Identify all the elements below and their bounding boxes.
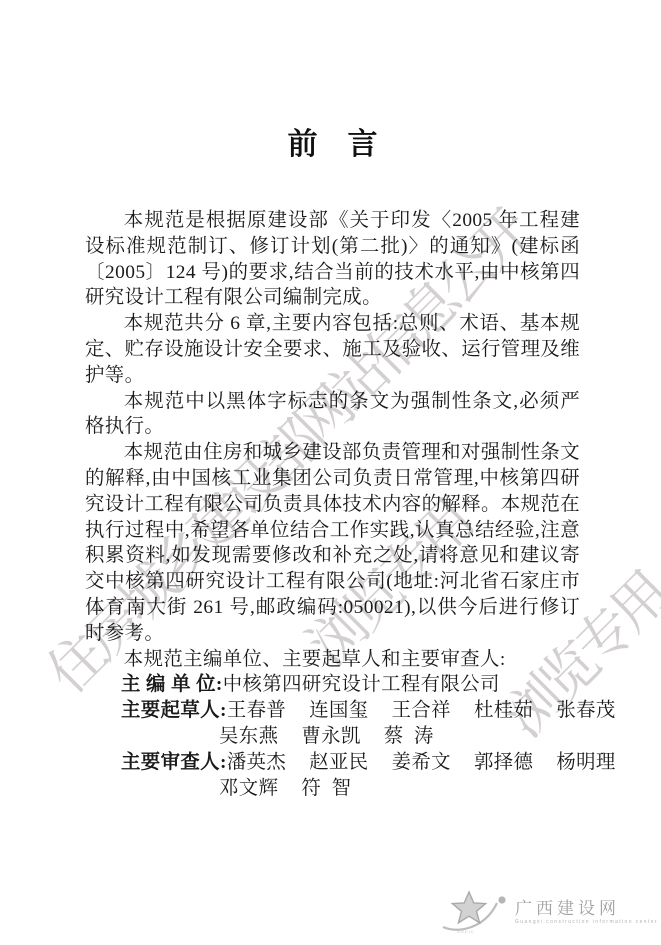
chief-editor-value: 中核第四研究设计工程有限公司 bbox=[223, 672, 500, 698]
reviewer-name: 符 智 bbox=[301, 776, 351, 802]
drafters-row-1: 主要起草人: 王春普 连国玺 王合祥 杜桂茹 张春茂 bbox=[85, 698, 580, 724]
drafter-names: 王春普 连国玺 王合祥 杜桂茹 张春茂 bbox=[227, 698, 616, 724]
credits-section: 主 编 单 位: 中核第四研究设计工程有限公司 主要起草人: 王春普 连国玺 王… bbox=[85, 672, 580, 801]
chief-editor-label: 主 编 单 位: bbox=[121, 672, 223, 698]
reviewer-names: 邓文辉 符 智 bbox=[219, 776, 351, 802]
reviewer-name: 赵亚民 bbox=[309, 750, 368, 776]
drafters-row-2: 吴东燕 曹永凯 蔡 涛 bbox=[85, 724, 580, 750]
label-spacer bbox=[121, 776, 219, 802]
reviewers-label: 主要审查人: bbox=[121, 750, 227, 776]
star-icon: GXCIC bbox=[437, 887, 513, 943]
logo-dot bbox=[498, 896, 505, 903]
label-spacer bbox=[121, 724, 219, 750]
drafter-name: 王合祥 bbox=[392, 698, 451, 724]
drafters-label: 主要起草人: bbox=[121, 698, 227, 724]
drafter-names: 吴东燕 曹永凯 蔡 涛 bbox=[219, 724, 434, 750]
logo-text-block: 广西建设网 Guangxi construction information c… bbox=[515, 887, 658, 925]
reviewer-name: 杨明理 bbox=[556, 750, 615, 776]
logo-tagline: Guangxi construction information center bbox=[515, 919, 658, 925]
reviewer-name: 潘英杰 bbox=[227, 750, 286, 776]
page-title: 前 言 bbox=[85, 128, 580, 162]
drafter-name: 曹永凯 bbox=[301, 724, 360, 750]
drafter-name: 吴东燕 bbox=[219, 724, 278, 750]
chief-editor-row: 主 编 单 位: 中核第四研究设计工程有限公司 bbox=[85, 672, 580, 698]
reviewers-row-1: 主要审查人: 潘英杰 赵亚民 姜希文 郭择德 杨明理 bbox=[85, 750, 580, 776]
drafter-name: 杜桂茹 bbox=[474, 698, 533, 724]
paragraph-basis: 本规范是根据原建设部《关于印发〈2005 年工程建设标准规范制订、修订计划(第二… bbox=[85, 208, 580, 311]
paragraph-mandatory-clauses: 本规范中以黑体字标志的条文为强制性条文,必须严格执行。 bbox=[85, 389, 580, 441]
reviewer-name: 郭择德 bbox=[474, 750, 533, 776]
logo-site-name: 广西建设网 bbox=[515, 899, 658, 919]
paragraph-management: 本规范由住房和城乡建设部负责管理和对强制性条文的解释,由中国核工业集团公司负责日… bbox=[85, 440, 580, 646]
reviewer-name: 邓文辉 bbox=[219, 776, 278, 802]
paragraph-contents: 本规范共分 6 章,主要内容包括:总则、术语、基本规定、贮存设施设计安全要求、施… bbox=[85, 311, 580, 388]
drafter-name: 连国玺 bbox=[309, 698, 368, 724]
drafter-name: 王春普 bbox=[227, 698, 286, 724]
site-logo: GXCIC 广西建设网 Guangxi construction informa… bbox=[437, 887, 658, 943]
drafter-name: 蔡 涛 bbox=[384, 724, 434, 750]
document-page: 住房城乡建设部网站信息公开 浏览专用 浏览专用 前 言 本规范是根据原建设部《关… bbox=[0, 0, 661, 945]
star-caption-text: GXCIC bbox=[457, 929, 475, 934]
reviewers-row-2: 邓文辉 符 智 bbox=[85, 776, 580, 802]
page-content: 前 言 本规范是根据原建设部《关于印发〈2005 年工程建设标准规范制订、修订计… bbox=[0, 0, 661, 945]
paragraph-credits-intro: 本规范主编单位、主要起草人和主要审查人: bbox=[85, 647, 580, 673]
reviewer-names: 潘英杰 赵亚民 姜希文 郭择德 杨明理 bbox=[227, 750, 616, 776]
drafter-name: 张春茂 bbox=[556, 698, 615, 724]
reviewer-name: 姜希文 bbox=[392, 750, 451, 776]
